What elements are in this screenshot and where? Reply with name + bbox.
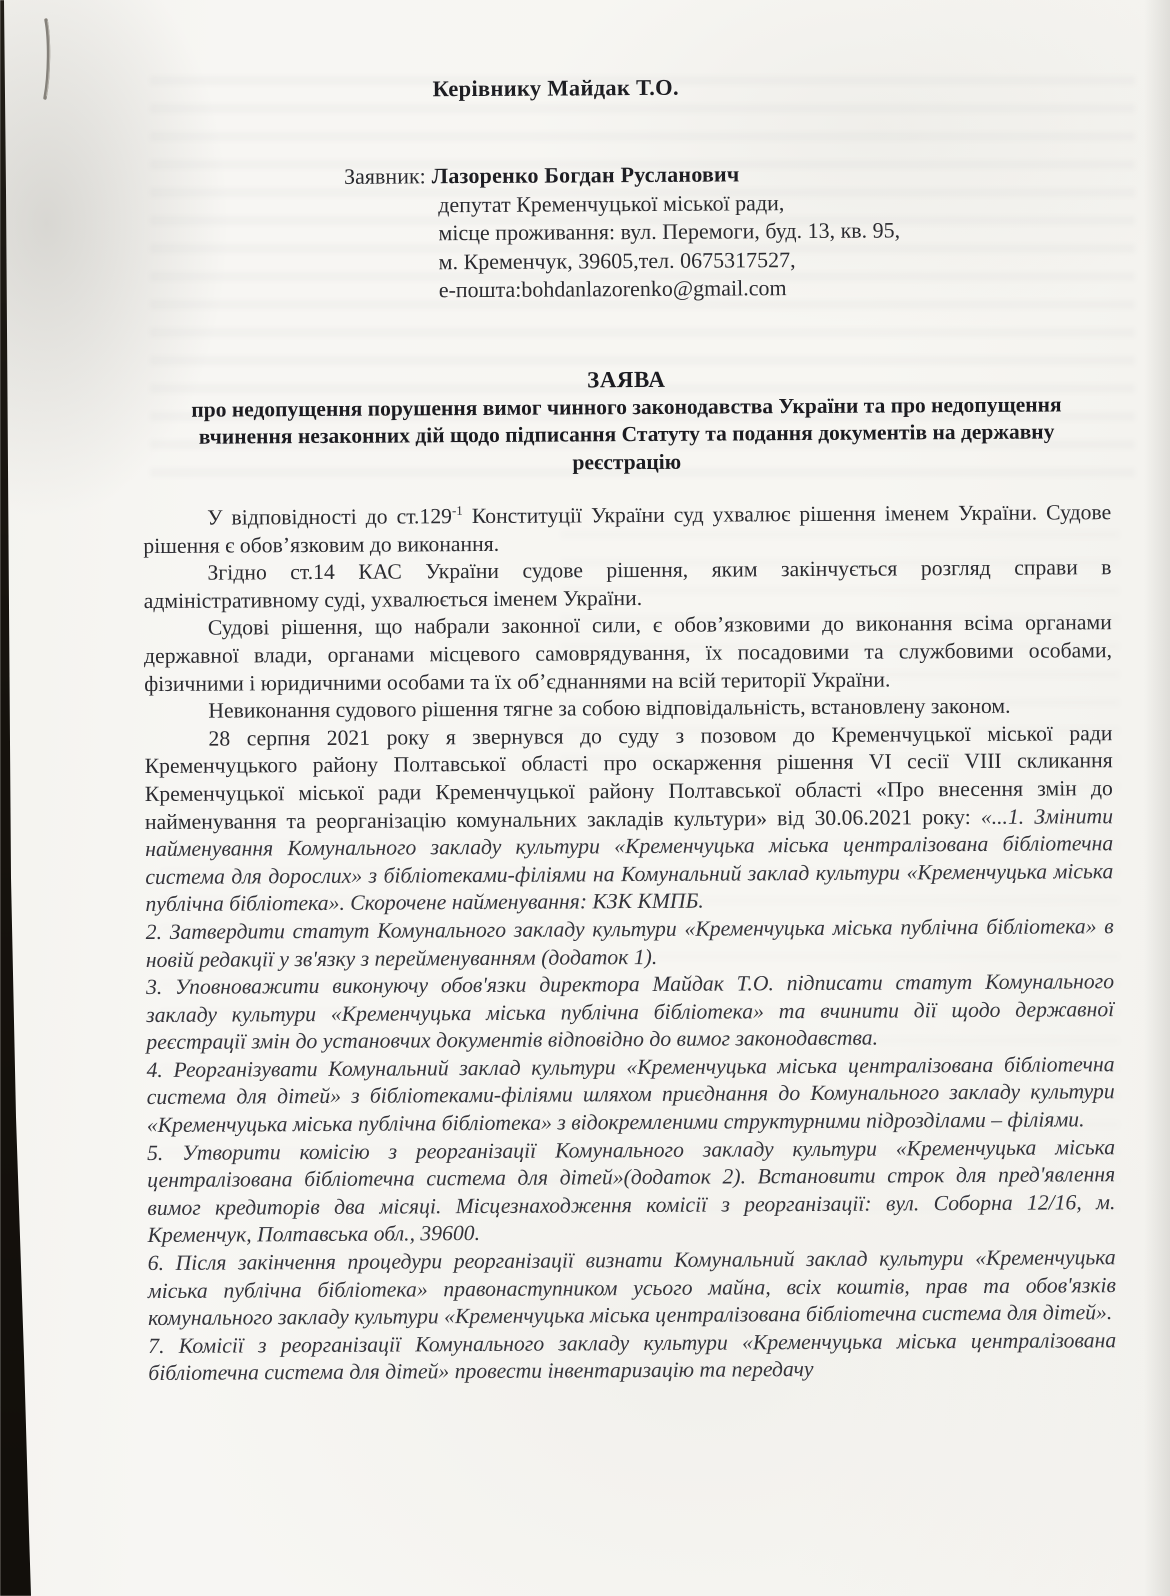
scanned-page: Керівнику Майдак Т.О. Заявник:Лазоренко … <box>0 0 1170 1596</box>
body-paragraph: Судові рішення, що набрали законної сили… <box>144 610 1112 699</box>
body-paragraph: 2. Затвердити статут Комунального заклад… <box>146 913 1114 974</box>
document-subtitle: про недопущення порушення вимог чинного … <box>172 391 1080 479</box>
document-body: У відповідності до ст.129-1 Конституції … <box>143 499 1116 1388</box>
applicant-details: депутат Кременчуцької міської ради,місце… <box>438 187 1110 305</box>
applicant-block: Заявник:Лазоренко Богдан Русланович депу… <box>344 158 1110 305</box>
applicant-name: Лазоренко Богдан Русланович <box>432 161 740 188</box>
text-segment: У відповідності до ст.129 <box>207 504 452 529</box>
applicant-detail-line: е-пошта:bohdanlazorenko@gmail.com <box>439 272 1110 305</box>
applicant-detail-line: м. Кременчук, 39605,тел. 0675317527, <box>439 244 1110 277</box>
superscript-segment: -1 <box>452 503 463 518</box>
italic-segment: 7. Комісії з реорганізації Комунального … <box>148 1328 1116 1386</box>
applicant-detail-line: місце проживання: вул. Перемоги, буд. 13… <box>438 215 1109 248</box>
body-paragraph: 3. Уповноважити виконуючу обов'язки дире… <box>146 968 1114 1057</box>
text-segment: Невиконання судового рішення тягне за со… <box>208 694 1010 723</box>
body-paragraph: У відповідності до ст.129-1 Конституції … <box>143 499 1111 560</box>
body-paragraph: 6. Після закінчення процедури реорганіза… <box>148 1244 1116 1333</box>
scanner-edge-shadow <box>0 0 36 1596</box>
recipient-line: Керівнику Майдак Т.О. <box>432 71 1108 102</box>
body-paragraph: 28 серпня 2021 року я звернувся до суду … <box>144 720 1113 919</box>
italic-segment: 3. Уповноважити виконуючу обов'язки дире… <box>146 969 1114 1054</box>
staple-mark <box>39 16 55 102</box>
paper-right-edge-shade <box>1144 0 1170 1596</box>
applicant-label: Заявник: <box>344 163 426 188</box>
body-paragraph: 5. Утворити комісію з реорганізації Кому… <box>147 1134 1116 1250</box>
text-segment: Згідно ст.14 КАС України судове рішення,… <box>144 555 1112 613</box>
italic-segment: 4. Реорганізувати Комунальний заклад кул… <box>146 1052 1114 1137</box>
italic-segment: 2. Затвердити статут Комунального заклад… <box>146 914 1114 972</box>
body-paragraph: 7. Комісії з реорганізації Комунального … <box>148 1327 1116 1388</box>
text-segment: 28 серпня 2021 року я звернувся до суду … <box>145 721 1113 834</box>
applicant-detail-line: депутат Кременчуцької міської ради, <box>438 187 1109 220</box>
document-content: Керівнику Майдак Т.О. Заявник:Лазоренко … <box>140 0 1116 1388</box>
italic-segment: 6. Після закінчення процедури реорганіза… <box>148 1245 1116 1330</box>
text-segment: Судові рішення, що набрали законної сили… <box>144 611 1112 696</box>
italic-segment: 5. Утворити комісію з реорганізації Кому… <box>147 1135 1115 1248</box>
body-paragraph: 4. Реорганізувати Комунальний заклад кул… <box>146 1051 1114 1140</box>
body-paragraph: Згідно ст.14 КАС України судове рішення,… <box>143 554 1111 615</box>
